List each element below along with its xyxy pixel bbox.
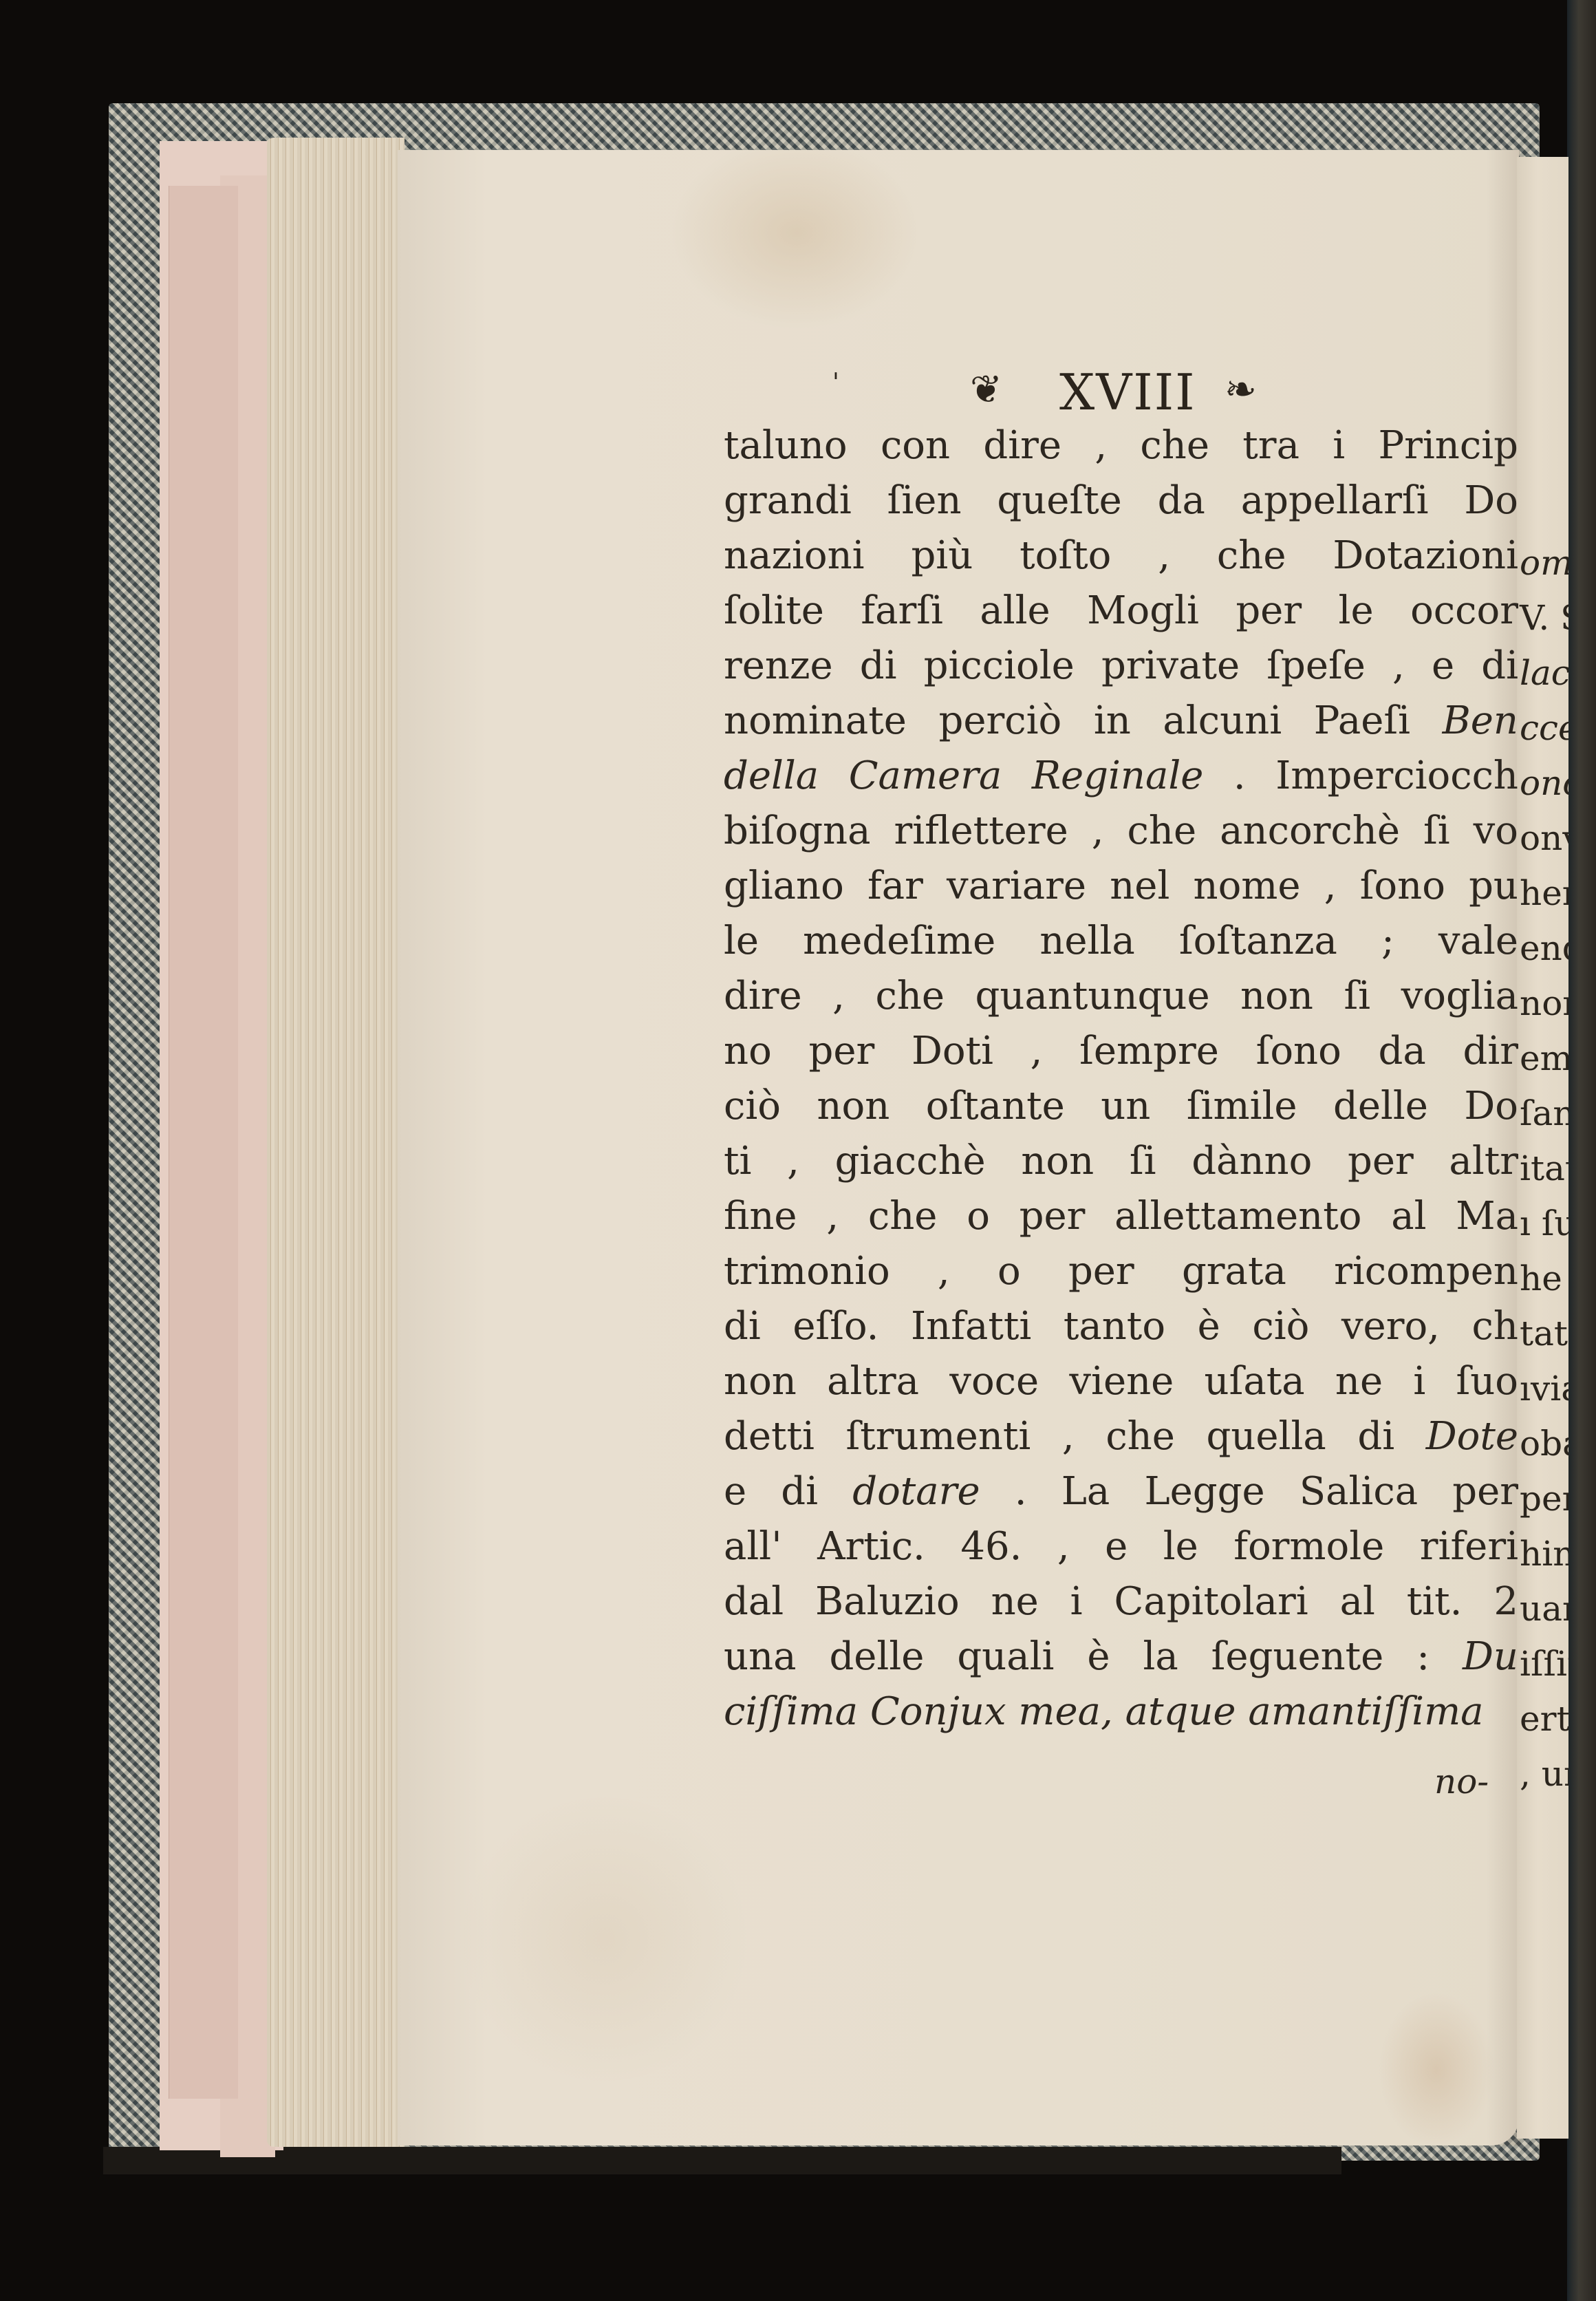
facing-page-line: hent <box>1520 876 1568 910</box>
facing-page-line: , una <box>1520 1757 1568 1791</box>
text-line: una delle quali è la ſeguente : Du <box>724 1629 1518 1684</box>
text-segment: renze di picciole private ſpeſe , e di <box>724 643 1518 688</box>
facing-page-line: he al <box>1520 1261 1568 1296</box>
text-segment: dal Baluzio ne i Capitolari al tit. 2 <box>724 1579 1518 1624</box>
facing-page-line: onvi <box>1520 821 1568 855</box>
running-head: ' ❦ XVIII ❧ <box>798 363 1293 418</box>
body-text: taluno con dire , che tra i Principgrand… <box>724 418 1518 1740</box>
text-segment: gliano far variare nel nome , ſono pu <box>724 864 1518 908</box>
italic-segment: ciſſima Conjux mea, atque amantiſſima <box>724 1689 1484 1734</box>
text-line: di eſſo. Infatti tanto è ciò vero, ch <box>724 1299 1518 1354</box>
text-line: biſogna riflettere , che ancorchè ſi vo <box>724 804 1518 859</box>
facing-page-line: ertaz <box>1520 1702 1568 1736</box>
text-line: no per Doti , ſempre ſono da dir <box>724 1024 1518 1079</box>
text-segment: ti , giacchè non ſi dànno per altr <box>724 1139 1518 1184</box>
facing-page-line: ſanz <box>1520 1096 1568 1131</box>
text-segment: . Imperciocch <box>1203 753 1518 798</box>
text-line: nominate perciò in alcuni Paeſi Ben <box>724 694 1518 749</box>
text-line: detti ſtrumenti , che quella di Dote <box>724 1409 1518 1464</box>
italic-segment: Dote <box>1426 1414 1518 1459</box>
text-segment: detti ſtrumenti , che quella di <box>724 1414 1426 1459</box>
facing-page-line: ccep <box>1520 711 1568 745</box>
endpaper-inner <box>169 186 238 2099</box>
italic-segment: dotare <box>852 1469 980 1514</box>
text-segment: nominate perciò in alcuni Paeſi <box>724 698 1443 743</box>
text-segment: . La Legge Salica per <box>980 1469 1518 1514</box>
italic-segment: Du <box>1463 1634 1518 1679</box>
facing-page-line: omi <box>1520 546 1568 580</box>
text-segment: ciò non oſtante un ſimile delle Do <box>724 1084 1518 1128</box>
facing-page-line: V. S <box>1520 601 1568 635</box>
text-line: dal Baluzio ne i Capitolari al tit. 2 <box>724 1574 1518 1629</box>
text-line: ciſſima Conjux mea, atque amantiſſima <box>724 1684 1518 1740</box>
text-line: ciò non oſtante un ſimile delle Do <box>724 1079 1518 1134</box>
fleuron-ornament-icon: ❧ <box>1225 367 1257 412</box>
page-fore-edges <box>267 138 405 2147</box>
facing-page-line: lacu <box>1520 656 1568 690</box>
facing-page-line: itato <box>1520 1151 1568 1186</box>
facing-page-line: ıvia , <box>1520 1371 1568 1406</box>
facing-page-line: uant <box>1520 1592 1568 1626</box>
text-line: e di dotare . La Legge Salica per <box>724 1464 1518 1519</box>
text-segment: non altra voce viene uſata ne i ſuo <box>724 1359 1518 1404</box>
text-segment: ſolite farſi alle Mogli per le occor <box>724 588 1518 633</box>
text-line: dire , che quantunque non ſi voglia <box>724 969 1518 1024</box>
facing-page-line: pend <box>1520 1481 1568 1516</box>
text-segment: trimonio , o per grata ricompen <box>724 1249 1518 1294</box>
text-segment: e di <box>724 1469 852 1514</box>
adjacent-volume-edge <box>1567 0 1596 2301</box>
text-segment: di eſſo. Infatti tanto è ciò vero, ch <box>724 1304 1518 1349</box>
text-line: ſolite farſi alle Mogli per le occor <box>724 584 1518 639</box>
text-segment: no per Doti , ſempre ſono da dir <box>724 1029 1518 1073</box>
facing-page-fragment: omiV. Slacucceponoonvihentendenonempiſan… <box>1517 157 1568 2139</box>
facing-page-line: tatut <box>1520 1316 1568 1351</box>
text-segment: all' Artic. 46. , e le formole riferi <box>724 1524 1518 1569</box>
text-segment: biſogna riflettere , che ancorchè ſi vo <box>724 809 1518 853</box>
text-line: le medeſime nella ſoſtanza ; vale <box>724 914 1518 969</box>
cover-shadow <box>103 2147 1341 2174</box>
facing-page-line: obare <box>1520 1426 1568 1461</box>
text-segment: dire , che quantunque non ſi voglia <box>724 974 1518 1018</box>
text-line: renze di picciole private ſpeſe , e di <box>724 639 1518 694</box>
facing-page-line: ono <box>1520 766 1568 800</box>
text-line: ti , giacchè non ſi dànno per altr <box>724 1134 1518 1189</box>
text-line: all' Artic. 46. , e le formole riferi <box>724 1519 1518 1574</box>
page-number: XVIII <box>1059 363 1196 421</box>
text-line: non altra voce viene uſata ne i ſuo <box>724 1354 1518 1409</box>
text-segment: grandi ſien queſte da appellarſi Do <box>724 478 1518 523</box>
text-line: gliano far variare nel nome , ſono pu <box>724 859 1518 914</box>
text-segment: taluno con dire , che tra i Princip <box>724 423 1518 468</box>
text-line: fine , che o per allettamento al Ma <box>724 1189 1518 1244</box>
facing-page-line: non <box>1520 986 1568 1020</box>
facing-page-line: ende <box>1520 931 1568 965</box>
text-line: della Camera Reginale . Imperciocch <box>724 749 1518 804</box>
text-line: grandi ſien queſte da appellarſi Do <box>724 473 1518 528</box>
text-segment: nazioni più toſto , che Dotazioni <box>724 533 1518 578</box>
catchword: no- <box>1434 1762 1489 1801</box>
text-line: trimonio , o per grata ricompen <box>724 1244 1518 1299</box>
text-segment: una delle quali è la ſeguente : <box>724 1634 1463 1679</box>
italic-segment: della Camera Reginale <box>724 753 1203 798</box>
fleuron-ornament-icon: ❦ <box>970 367 1002 412</box>
facing-page-line: iſſimo <box>1520 1647 1568 1681</box>
text-segment: le medeſime nella ſoſtanza ; vale <box>724 919 1518 963</box>
text-line: nazioni più toſto , che Dotazioni <box>724 528 1518 584</box>
text-line: taluno con dire , che tra i Princip <box>724 418 1518 473</box>
facing-page-line: empi <box>1520 1041 1568 1075</box>
italic-segment: Ben <box>1443 698 1518 743</box>
facing-page-line: hinio <box>1520 1537 1568 1571</box>
text-segment: fine , che o per allettamento al Ma <box>724 1194 1518 1239</box>
facing-page-line: ı ſuo <box>1520 1206 1568 1241</box>
ink-mark: ' <box>832 369 839 397</box>
